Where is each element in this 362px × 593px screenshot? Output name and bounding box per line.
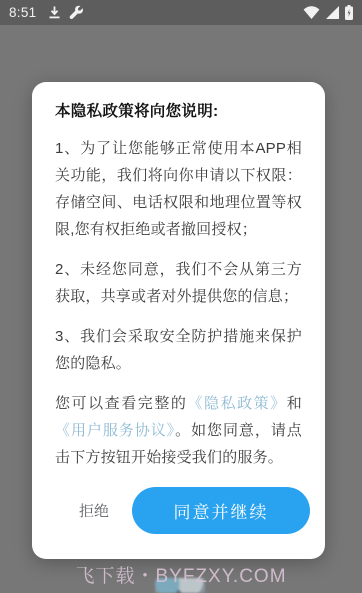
app-screen: 8:51 <box>0 0 362 593</box>
status-time: 8:51 <box>9 5 36 20</box>
cellular-signal-icon <box>325 6 340 20</box>
privacy-policy-dialog: 本隐私政策将向您说明: 1、为了让您能够正常使用本APP相关功能，我们将向你申请… <box>32 82 325 559</box>
policy-paragraph-2: 2、未经您同意，我们不会从第三方获取，共享或者对外提供您的信息； <box>55 256 302 310</box>
download-icon <box>48 6 61 20</box>
status-bar: 8:51 <box>0 0 362 25</box>
wifi-icon <box>303 6 320 20</box>
status-icons-right <box>303 5 353 20</box>
agree-continue-button[interactable]: 同意并继续 <box>132 487 310 534</box>
dialog-button-row: 拒绝 同意并继续 <box>55 487 310 534</box>
policy-paragraph-1: 1、为了让您能够正常使用本APP相关功能，我们将向你申请以下权限：存储空间、电话… <box>55 135 302 243</box>
privacy-policy-link[interactable]: 《隐私政策》 <box>187 395 286 412</box>
footer-text-prefix: 您可以查看完整的 <box>55 395 187 412</box>
policy-footer-paragraph: 您可以查看完整的《隐私政策》和《用户服务协议》。如您同意，请点击下方按钮开始接受… <box>55 390 302 471</box>
background-peek-image <box>155 578 205 593</box>
reject-button[interactable]: 拒绝 <box>77 496 111 525</box>
user-agreement-link[interactable]: 《用户服务协议》 <box>55 422 175 439</box>
battery-charging-icon <box>345 5 353 20</box>
policy-paragraph-3: 3、我们会采取安全防护措施来保护您的隐私。 <box>55 323 302 377</box>
footer-text-middle: 和 <box>287 395 302 412</box>
status-icons-left <box>48 5 84 20</box>
dialog-title: 本隐私政策将向您说明: <box>55 99 302 121</box>
wrench-icon <box>69 5 84 20</box>
